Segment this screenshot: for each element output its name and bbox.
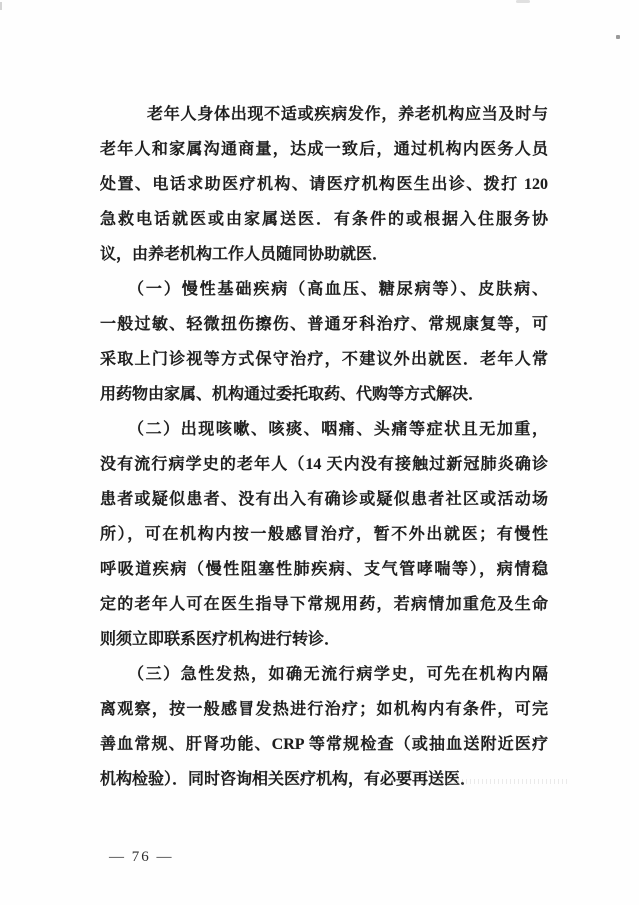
- document-body: 老年人身体出现不适或疾病发作，养老机构应当及时与老年人和家属沟通商量，达成一致后…: [100, 97, 548, 797]
- text-line: 患者或疑似患者、没有出入有确诊或疑似患者社区或活动场: [100, 482, 548, 517]
- text-line: 处置、电话求助医疗机构、请医疗机构医生出诊、拨打 120: [100, 167, 548, 202]
- scan-smudge-icon: [516, 0, 530, 3]
- text-line: 没有流行病学史的老年人（14 天内没有接触过新冠肺炎确诊: [100, 447, 548, 482]
- text-line: 采取上门诊视等方式保守治疗，不建议外出就医．老年人常: [100, 342, 548, 377]
- text-line: 机构检验）．同时咨询相关医疗机构，有必要再送医．: [100, 762, 548, 797]
- text-line: 所），可在机构内按一般感冒治疗，暂不外出就医；有慢性: [100, 517, 548, 552]
- scan-speck-icon: [616, 35, 620, 39]
- text-line: 用药物由家属、机构通过委托取药、代购等方式解决．: [100, 377, 548, 412]
- text-line: （一）慢性基础疾病（高血压、糖尿病等）、皮肤病、: [100, 272, 548, 307]
- text-line: 急救电话就医或由家属送医．有条件的或根据入住服务协: [100, 202, 548, 237]
- text-line: 一般过敏、轻微扭伤擦伤、普通牙科治疗、常规康复等，可: [100, 307, 548, 342]
- text-line: 老年人身体出现不适或疾病发作，养老机构应当及时与: [100, 97, 548, 132]
- text-line: 呼吸道疾病（慢性阻塞性肺疾病、支气管哮喘等），病情稳: [100, 552, 548, 587]
- scan-edge-mark-icon: [0, 2, 2, 10]
- text-line: 善血常规、肝肾功能、CRP 等常规检查（或抽血送附近医疗: [100, 727, 548, 762]
- text-line: 离观察，按一般感冒发热进行治疗；如机构内有条件，可完: [100, 692, 548, 727]
- text-line: 定的老年人可在医生指导下常规用药，若病情加重危及生命: [100, 587, 548, 622]
- text-line: （三）急性发热，如确无流行病学史，可先在机构内隔: [100, 657, 548, 692]
- text-line: 老年人和家属沟通商量，达成一致后，通过机构内医务人员: [100, 132, 548, 167]
- document-page: 老年人身体出现不适或疾病发作，养老机构应当及时与老年人和家属沟通商量，达成一致后…: [0, 0, 639, 905]
- page-number: — 76 —: [109, 849, 174, 866]
- text-line: 议，由养老机构工作人员随同协助就医．: [100, 237, 548, 272]
- text-line: 则须立即联系医疗机构进行转诊．: [100, 622, 548, 657]
- text-line: （二）出现咳嗽、咳痰、咽痛、头痛等症状且无加重，: [100, 412, 548, 447]
